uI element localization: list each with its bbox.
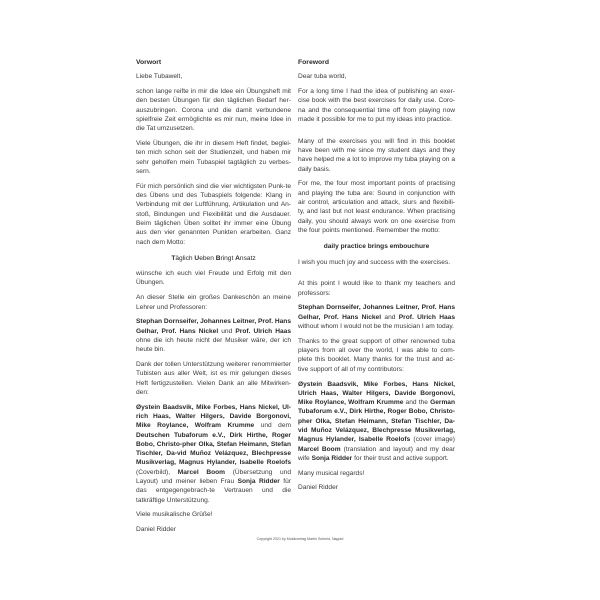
text: for their trust and active support. [352,455,448,462]
paragraph: Viele Übungen, die ihr in diesem Heft fi… [136,139,291,176]
german-foreword-column: Vorwort Liebe Tubawelt, schon lange reif… [136,58,291,540]
salutation: Dear tuba world, [298,72,455,81]
motto-text: ringt [220,255,235,262]
paragraph: At this point I would like to thank my t… [298,279,455,298]
copyright-footer: Copyright 2021 by Musikverlag Martin Sch… [0,537,600,541]
motto: Täglich Ueben Bringt Ansatz [136,254,291,263]
english-foreword-column: Foreword Dear tuba world, For a long tim… [298,58,455,498]
paragraph: Many of the exercises you will find in t… [298,137,455,174]
text: ohne die ich heute nicht der Musiker wär… [136,337,291,353]
section-title: Foreword [298,58,455,67]
names: Prof. Ulrich Haas [235,328,291,335]
paragraph: Thanks to the great support of other ren… [298,337,455,374]
names: Prof. Ulrich Haas [399,314,455,321]
text: (cover image) [410,436,455,443]
teachers-paragraph: Stephan Dornseifer, Johannes Leitner, Pr… [136,317,291,354]
contributors-paragraph: Øystein Baadsvik, Mike Forbes, Hans Nick… [136,403,291,505]
motto: daily practice brings embouchure [298,242,455,251]
contributors-paragraph: Øystein Baadsvik, Mike Forbes, Hans Nick… [298,380,455,464]
paragraph: Für mich persönlich sind die vier wichti… [136,182,291,247]
paragraph: An dieser Stelle ein großes Dankeschön a… [136,293,291,312]
names: Sonja Ridder [312,455,353,462]
closing: Viele musikalische Grüße! [136,510,291,519]
names: Marcel Boom [298,446,341,453]
spacer [298,130,455,137]
signature: Daniel Ridder [298,483,455,492]
motto-text: äglich [175,255,194,262]
paragraph: For a long time I had the idea of publis… [298,87,455,124]
document-page: Vorwort Liebe Tubawelt, schon lange reif… [0,0,600,600]
text: (Coverbild), [136,469,178,476]
text: without whom I would not be the musician… [298,323,454,330]
teachers-paragraph: Stephan Dornseifer, Johannes Leitner, Pr… [298,303,455,331]
signature: Daniel Ridder [136,525,291,534]
paragraph: wünsche ich euch viel Freude und Erfolg … [136,269,291,288]
closing: Many musical regards! [298,469,455,478]
section-title: Vorwort [136,58,291,67]
paragraph: I wish you much joy and success with the… [298,258,455,267]
names: Deutschen Tubaforum e.V., Dirk Hirthe, R… [136,432,291,467]
paragraph: Dank der tollen Unterstützung weiterer r… [136,360,291,397]
text: und dem [254,422,291,429]
text: und [218,328,235,335]
paragraph: schon lange reifte in mir die Idee ein Ü… [136,87,291,133]
motto-text: eben [199,255,216,262]
motto-text: nsatz [240,255,256,262]
spacer [298,272,455,279]
names: Sonja Ridder [238,478,280,485]
names: Marcel Boom [178,469,225,476]
text: and [381,314,399,321]
salutation: Liebe Tubawelt, [136,72,291,81]
text: and the [403,399,430,406]
paragraph: For me, the four most important points o… [298,179,455,235]
